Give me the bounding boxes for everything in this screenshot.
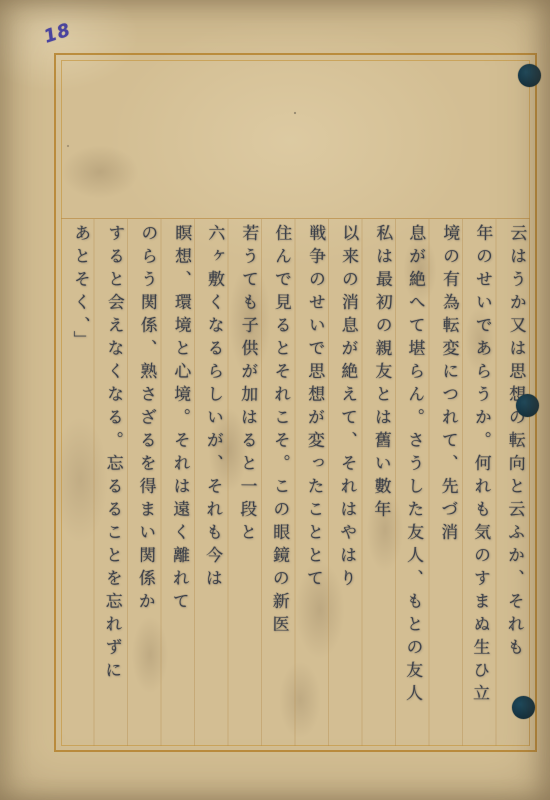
binding-dot-top [518, 64, 541, 87]
handwritten-text-area: 云はうか又は思想の転向と云ふか、それも年のせいであらうか。何れも気のすまぬ生ひ立… [61, 224, 530, 744]
text-column: 私は最初の親友とは舊い數年 [361, 224, 398, 744]
text-column: 云はうか又は思想の転向と云ふか、それも [495, 224, 530, 744]
text-column: 戦争のせいで思想が変ったこととて [294, 224, 331, 744]
page-number: 18 [41, 19, 73, 47]
binding-dot-middle [516, 394, 539, 417]
text-column: 住んで見るとそれこそ。この眼鏡の新医 [260, 224, 297, 744]
manuscript-page-scan: 18 云はうか又は思想の転向と云ふか、それも年のせいであらうか。何れも気のすまぬ… [0, 0, 550, 800]
text-column: 境の有為転変につれて、先づ消 [428, 224, 465, 744]
text-column: 六ヶ敷くなるらしいが、それも今は [193, 224, 230, 744]
text-column: あとそく、」 [61, 224, 96, 744]
text-column: 年のせいであらうか。何れも気のすまぬ生ひ立 [461, 224, 498, 744]
text-column: 以来の消息が絶えて、それはやはり [327, 224, 364, 744]
text-column: のらう関係、熟さざるを得まい関係か [126, 224, 163, 744]
text-column: すると会えなくなる。忘るることを忘れずに [93, 224, 130, 744]
text-column: 若うても子供が加はると一段と [227, 224, 264, 744]
binding-dot-bottom [512, 696, 535, 719]
text-column: 瞑想、環境と心境。それは遠く離れて [160, 224, 197, 744]
text-column: 息が絶へて堪らん。さうした友人、もとの友人 [394, 224, 431, 744]
